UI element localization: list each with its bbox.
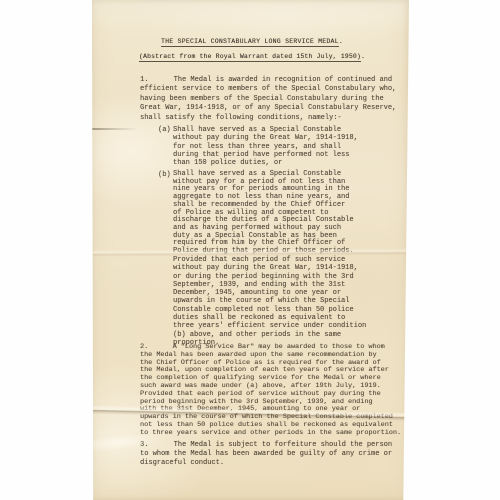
- condition-b-text: Shall have served as a Special Constable…: [173, 171, 354, 256]
- condition-a-label: (a): [158, 126, 171, 134]
- document-subtitle-period: .: [361, 53, 365, 60]
- document-subtitle-text: (Abstract from the Royal Warrant dated 1…: [139, 53, 361, 62]
- document-title-period: .: [339, 38, 343, 45]
- document-title: THE SPECIAL CONSTABULARY LONG SERVICE ME…: [112, 38, 392, 45]
- paragraph-1: 1. The Medal is awarded in recognition o…: [140, 76, 396, 123]
- proviso-paragraph: Provided that each period of such servic…: [173, 256, 366, 347]
- paragraph-2: 2. A "Long Service Bar" may be awarded t…: [140, 344, 401, 438]
- document-title-text: THE SPECIAL CONSTABULARY LONG SERVICE ME…: [161, 38, 339, 47]
- document-subtitle: (Abstract from the Royal Warrant dated 1…: [112, 53, 392, 60]
- paragraph-3: 3. The Medal is subject to forfeiture sh…: [140, 441, 392, 469]
- paper-crease-top-left: [92, 128, 138, 130]
- condition-a-text: Shall have served as a Special Constable…: [173, 126, 358, 167]
- document-page: THE SPECIAL CONSTABULARY LONG SERVICE ME…: [92, 0, 409, 500]
- photo-background: THE SPECIAL CONSTABULARY LONG SERVICE ME…: [0, 0, 500, 500]
- condition-b-label: (b): [158, 171, 171, 179]
